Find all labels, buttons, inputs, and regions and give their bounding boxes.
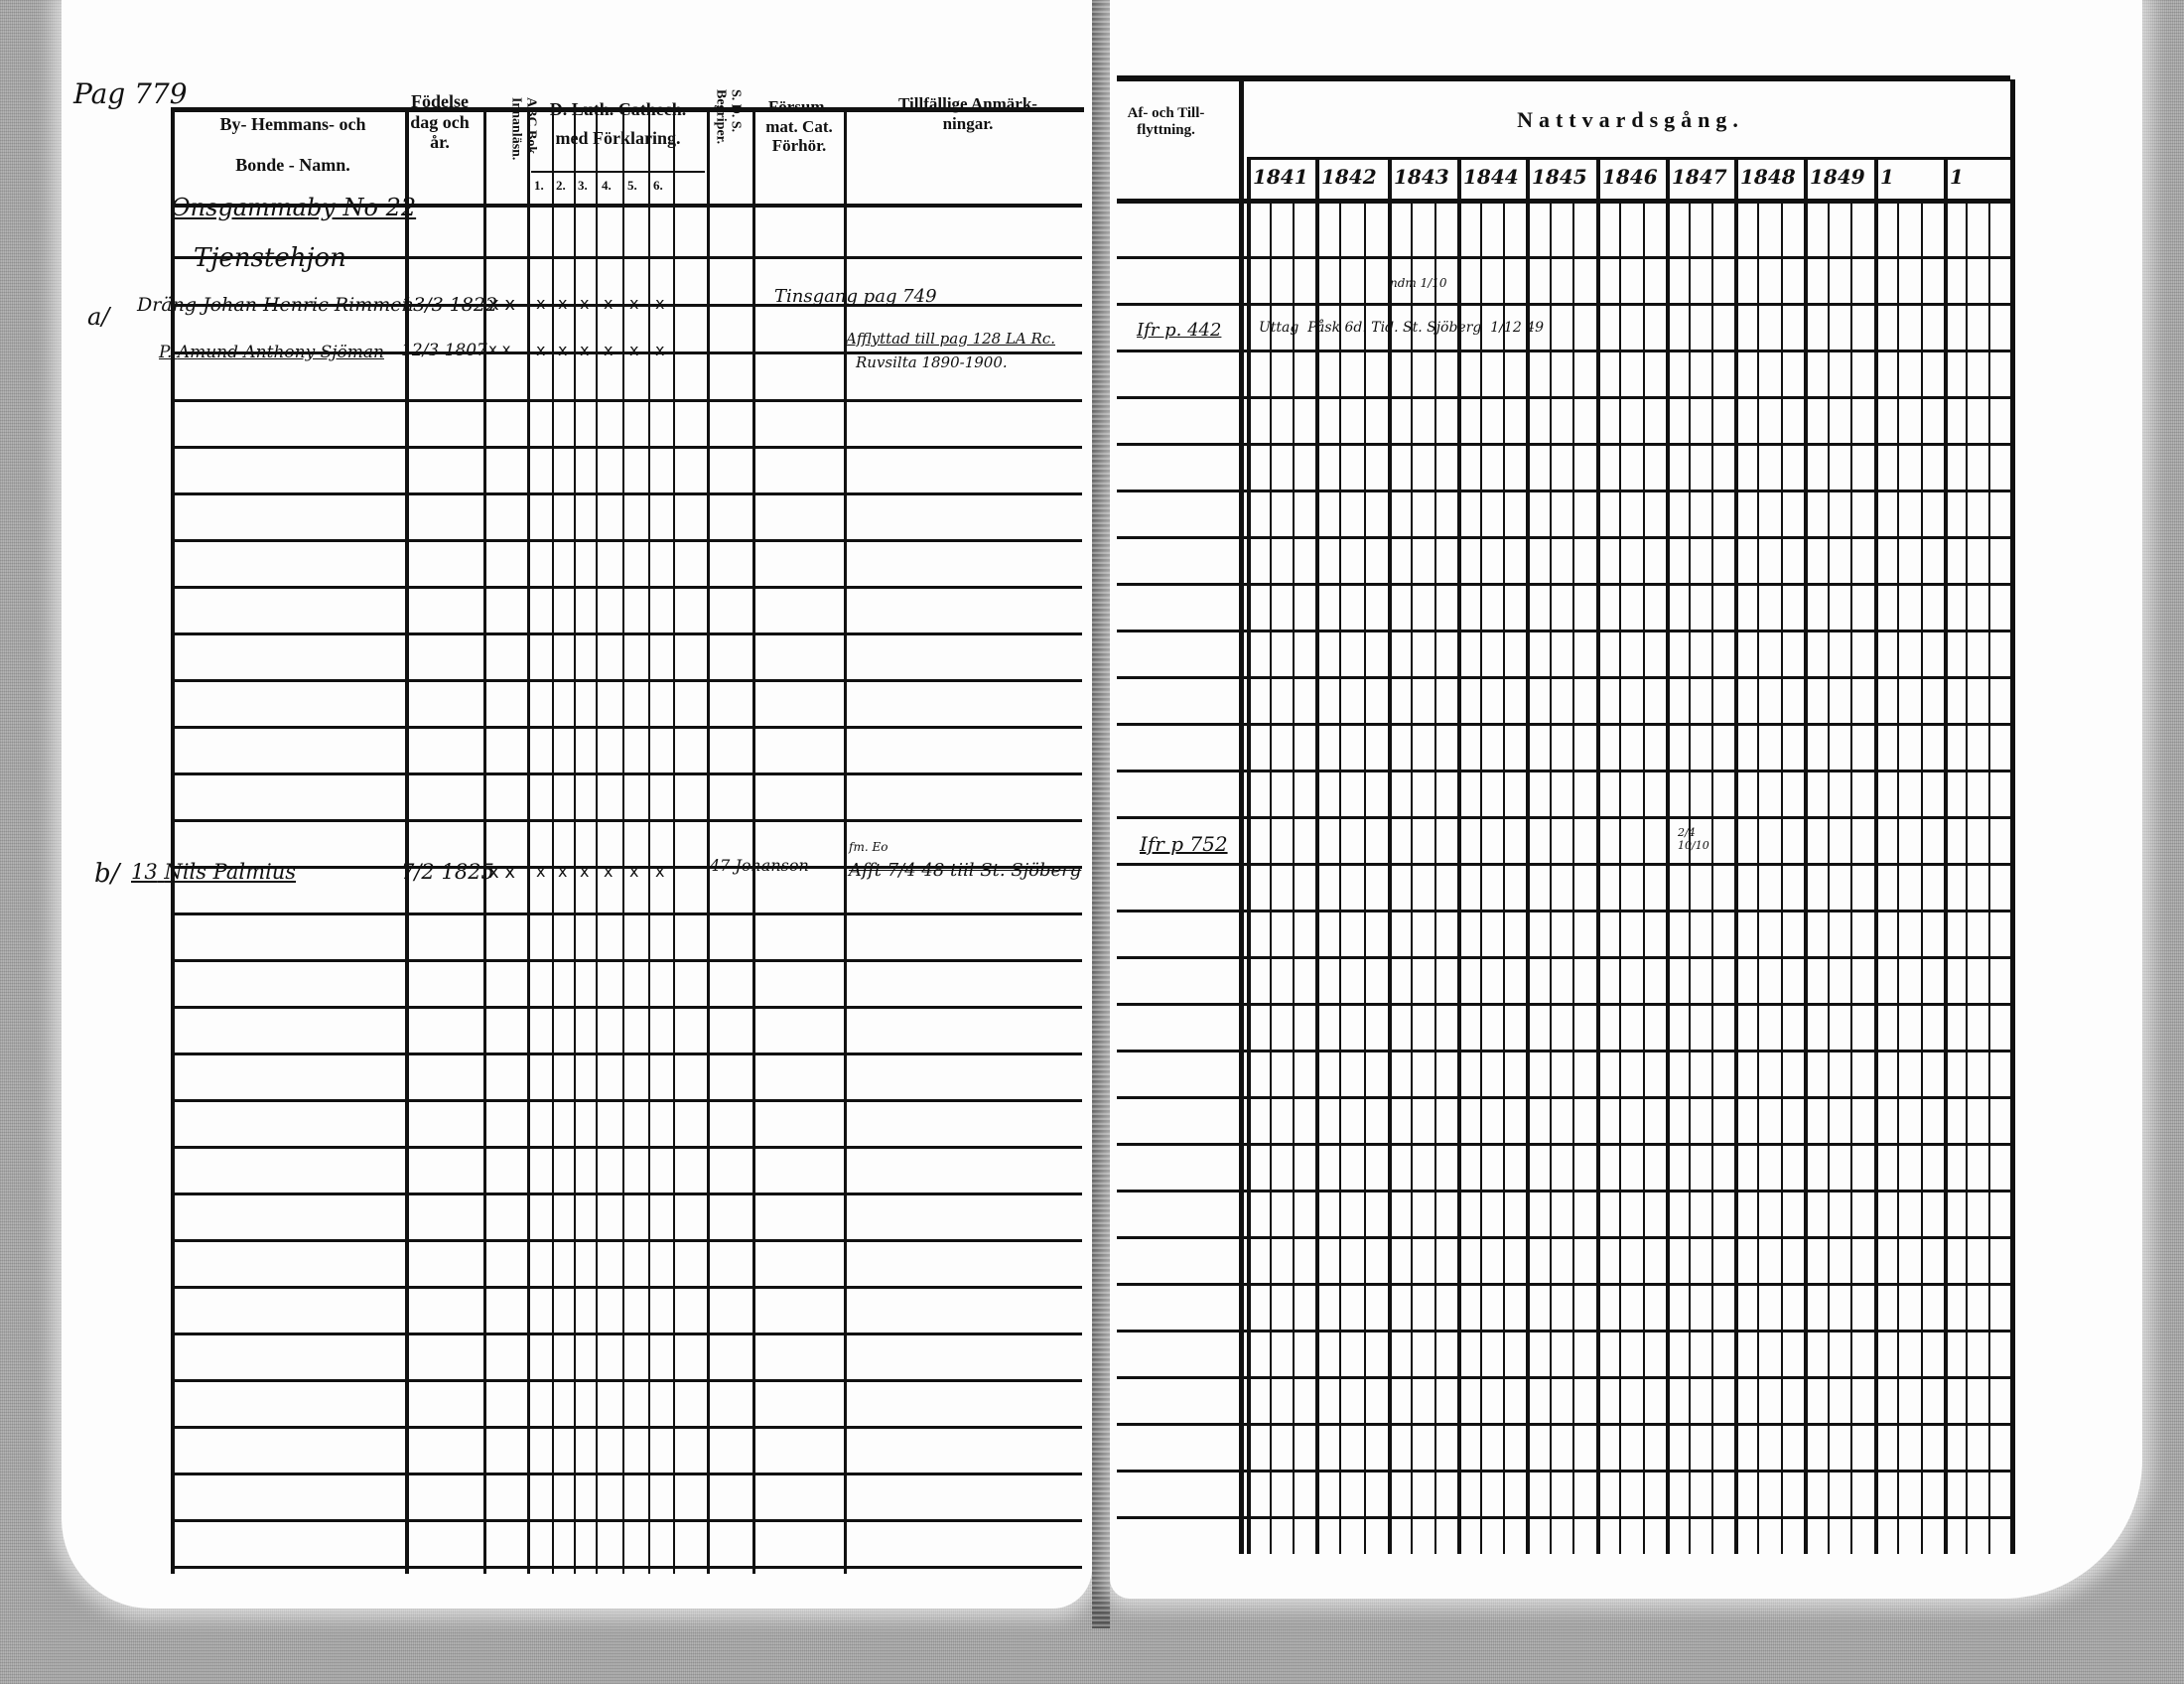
- row-rule: [1117, 816, 2012, 819]
- row-rule: [1117, 350, 2012, 352]
- row-rule: [171, 1006, 1082, 1009]
- row-rule: [1117, 1423, 2012, 1426]
- catechism-mark-4: x: [604, 862, 613, 881]
- catechism-mark-5: x: [629, 341, 638, 359]
- row-rule: [171, 819, 1082, 822]
- catechism-subheader-4: 4.: [602, 179, 612, 194]
- subcolumn-line: [1757, 204, 1759, 1554]
- row-rule: [1117, 256, 2012, 259]
- row-rule: [1117, 1143, 2012, 1146]
- subcolumn-line: [1293, 204, 1295, 1554]
- person-3-abc: x x: [488, 862, 515, 883]
- row-rule: [171, 399, 1082, 402]
- catechism-mark-3: x: [580, 341, 589, 359]
- row-rule: [171, 1426, 1082, 1429]
- subcolumn-line: [1480, 204, 1482, 1554]
- header-neglected-exam: Försum- mat. Cat. Förhör.: [754, 97, 844, 156]
- year-column-line: [1804, 159, 1808, 1554]
- column-line: [527, 109, 530, 1574]
- row-rule: [1117, 956, 2012, 959]
- row-rule: [1117, 1283, 2012, 1286]
- catechism-mark-5: x: [629, 294, 638, 313]
- person-1-name: Dräng Johan Henric Rimmen: [137, 294, 414, 316]
- row-rule: [1117, 1376, 2012, 1379]
- catechism-mark-1: x: [536, 294, 545, 313]
- row-rule: [171, 1379, 1082, 1382]
- catechism-subheader-rule: [531, 171, 705, 173]
- column-line: [622, 109, 624, 1574]
- header-catechism: D. Luth. Cathech. med Förklaring.: [531, 99, 705, 148]
- subcolumn-line: [1434, 204, 1436, 1554]
- subcolumn-line: [1270, 204, 1272, 1554]
- row-rule: [171, 1473, 1082, 1475]
- subcolumn-line: [1339, 204, 1341, 1554]
- subcolumn-line: [1921, 204, 1923, 1554]
- subcolumn-line: [1897, 204, 1899, 1554]
- person-3-name: 13 Nils Palmius: [131, 860, 296, 884]
- header-remarks: Tillfällige Anmärk- ningar.: [849, 94, 1087, 133]
- section-village-name: Onsgammaby No 22: [171, 194, 416, 221]
- catechism-mark-2: x: [558, 862, 567, 881]
- year-column-line: [1526, 159, 1530, 1554]
- year-header-9: 1849: [1810, 165, 1865, 189]
- catechism-subheader-2: 2.: [556, 179, 566, 194]
- subcolumn-line: [1550, 204, 1552, 1554]
- person-3-birth: 7/2 1825: [401, 860, 494, 884]
- year-header-11: 1: [1950, 165, 1964, 189]
- row-rule: [1117, 1190, 2012, 1193]
- subcolumn-line: [1988, 204, 1990, 1554]
- row-rule: [1117, 1003, 2012, 1006]
- row-rule: [171, 959, 1082, 962]
- person-2-name: P. Amund Anthony Sjöman: [159, 343, 384, 362]
- subcolumn-line: [1364, 204, 1366, 1554]
- year-header-10: 1: [1880, 165, 1894, 189]
- header-name-column: By- Hemmans- och Bonde - Namn.: [189, 114, 397, 175]
- row-rule: [1117, 490, 2012, 492]
- row-rule: [171, 1566, 1082, 1569]
- catechism-mark-2: x: [558, 341, 567, 359]
- subcolumn-line: [1966, 204, 1968, 1554]
- person-3-neglected-exam: 47 Johanson: [710, 856, 809, 875]
- subcolumn-line: [1643, 204, 1645, 1554]
- year-header-2: 1842: [1321, 165, 1377, 189]
- subcolumn-line: [1850, 204, 1852, 1554]
- row-rule: [171, 912, 1082, 915]
- row-rule: [171, 1099, 1082, 1102]
- year-header-6: 1846: [1602, 165, 1658, 189]
- column-line: [648, 109, 650, 1574]
- row-rule: [171, 539, 1082, 542]
- row-rule: [171, 446, 1082, 449]
- catechism-mark-1: x: [536, 341, 545, 359]
- palmius-communion-1847: 2/4 10/10: [1678, 826, 1709, 852]
- catechism-mark-4: x: [604, 341, 613, 359]
- catechism-subheader-6: 6.: [653, 179, 663, 194]
- rimmen-communion-notes: Uttag Påsk 6d. Tid. St. Sjöberg 1/12 49: [1259, 320, 1544, 336]
- column-line: [596, 109, 598, 1574]
- subcolumn-line: [1689, 204, 1691, 1554]
- catechism-mark-3: x: [580, 862, 589, 881]
- page-reference: Pag 779: [73, 77, 188, 110]
- row-rule: [1117, 723, 2012, 726]
- subcolumn-line: [1572, 204, 1574, 1554]
- row-rule: [1117, 910, 2012, 912]
- row-rule: [1117, 443, 2012, 446]
- right-page: [1110, 0, 2142, 1599]
- book-spine: [1092, 0, 1110, 1628]
- person-1-remark: Tinsgang pag 749: [774, 286, 937, 307]
- year-column-line: [1388, 159, 1392, 1554]
- year-column-line: [1734, 159, 1738, 1554]
- row-rule: [1117, 863, 2012, 866]
- subcolumn-line: [1503, 204, 1505, 1554]
- person-2-abc: x x: [488, 341, 511, 358]
- row-rule: [1117, 1236, 2012, 1239]
- row-rule: [1117, 583, 2012, 586]
- subcolumn-line: [1828, 204, 1830, 1554]
- palmius-moving: Ifr p 752: [1140, 832, 1228, 856]
- catechism-mark-6: x: [655, 862, 664, 881]
- catechism-mark-3: x: [580, 294, 589, 313]
- year-column-line: [1457, 159, 1461, 1554]
- column-line: [171, 109, 175, 1574]
- header-sds-column: S. D. S. Begriper.: [713, 89, 742, 184]
- year-header-3: 1843: [1394, 165, 1449, 189]
- person-2-remark-line-1: Afflyttad till pag 128 LA Rc.: [846, 330, 1055, 348]
- catechism-subheader-5: 5.: [627, 179, 637, 194]
- subcolumn-line: [1619, 204, 1621, 1554]
- column-line: [483, 109, 486, 1574]
- year-header-4: 1844: [1463, 165, 1519, 189]
- catechism-mark-4: x: [604, 294, 613, 313]
- row-rule: [1117, 1050, 2012, 1052]
- margin-mark-a: a/: [87, 303, 109, 331]
- person-2-birth: 12/3 1807: [401, 341, 487, 360]
- year-column-line: [1944, 159, 1948, 1554]
- year-column-line: [1596, 159, 1600, 1554]
- person-3-remark-note: fm. Eo: [849, 840, 887, 854]
- row-rule: [171, 1193, 1082, 1195]
- row-rule: [171, 1052, 1082, 1055]
- sjoman-moving: Ifr p. 442: [1137, 320, 1221, 341]
- year-column-line: [1247, 159, 1251, 1554]
- row-rule: [1117, 1516, 2012, 1519]
- catechism-mark-2: x: [558, 294, 567, 313]
- person-1-abc: x x: [488, 294, 515, 315]
- year-header-5: 1845: [1532, 165, 1587, 189]
- column-line: [707, 109, 710, 1574]
- catechism-mark-6: x: [655, 341, 664, 359]
- header-birth-column: Födelse dag och år.: [401, 91, 478, 153]
- column-line: [574, 109, 576, 1574]
- header-communion: Nattvardsgång.: [1241, 107, 2020, 132]
- catechism-mark-1: x: [536, 862, 545, 881]
- row-rule: [1117, 1470, 2012, 1473]
- row-rule: [171, 492, 1082, 495]
- subcolumn-line: [1781, 204, 1783, 1554]
- catechism-subheader-3: 3.: [578, 179, 588, 194]
- row-rule: [171, 1333, 1082, 1335]
- top-border: [1117, 75, 2010, 81]
- row-rule: [171, 1239, 1082, 1242]
- year-header-1: 1841: [1253, 165, 1308, 189]
- person-3-remark: Afft 7/4 48 tiil St. Sjöberg: [849, 860, 1081, 881]
- row-rule: [171, 679, 1082, 682]
- row-rule: [1117, 630, 2012, 632]
- header-moving: Af- och Till- flyttning.: [1094, 105, 1238, 140]
- row-rule: [1117, 396, 2012, 399]
- communion-title-rule: [1247, 157, 2011, 160]
- person-2-remark-line-2: Ruvsilta 1890-1900.: [856, 353, 1008, 371]
- column-line: [552, 109, 554, 1574]
- catechism-mark-5: x: [629, 862, 638, 881]
- subcolumn-line: [1411, 204, 1413, 1554]
- person-1-birth: 13/3 1822: [401, 294, 497, 316]
- margin-mark-b: b/: [94, 859, 119, 889]
- rimmen-above-note: ndm 1/10: [1390, 276, 1447, 290]
- row-rule: [171, 632, 1082, 635]
- row-rule: [1117, 536, 2012, 539]
- row-rule: [171, 1146, 1082, 1149]
- column-line: [673, 109, 675, 1574]
- year-header-8: 1848: [1740, 165, 1796, 189]
- row-rule: [171, 1519, 1082, 1522]
- row-rule: [1117, 1330, 2012, 1333]
- catechism-subheader-1: 1.: [534, 179, 544, 194]
- year-column-line: [1315, 159, 1319, 1554]
- column-line: [405, 109, 409, 1574]
- row-rule: [1117, 1096, 2012, 1099]
- subcolumn-line: [1711, 204, 1713, 1554]
- year-column-line: [1666, 159, 1670, 1554]
- year-header-7: 1847: [1672, 165, 1727, 189]
- row-rule: [171, 1286, 1082, 1289]
- left-page: [62, 0, 1092, 1609]
- catechism-mark-6: x: [655, 294, 664, 313]
- row-rule: [1117, 676, 2012, 679]
- year-column-line: [1874, 159, 1878, 1554]
- row-rule: [171, 726, 1082, 729]
- row-rule: [171, 772, 1082, 775]
- column-line: [752, 109, 755, 1574]
- row-rule: [1117, 303, 2012, 306]
- row-rule: [171, 586, 1082, 589]
- section-servants: Tjenstehjon: [194, 243, 346, 273]
- row-rule: [1117, 770, 2012, 772]
